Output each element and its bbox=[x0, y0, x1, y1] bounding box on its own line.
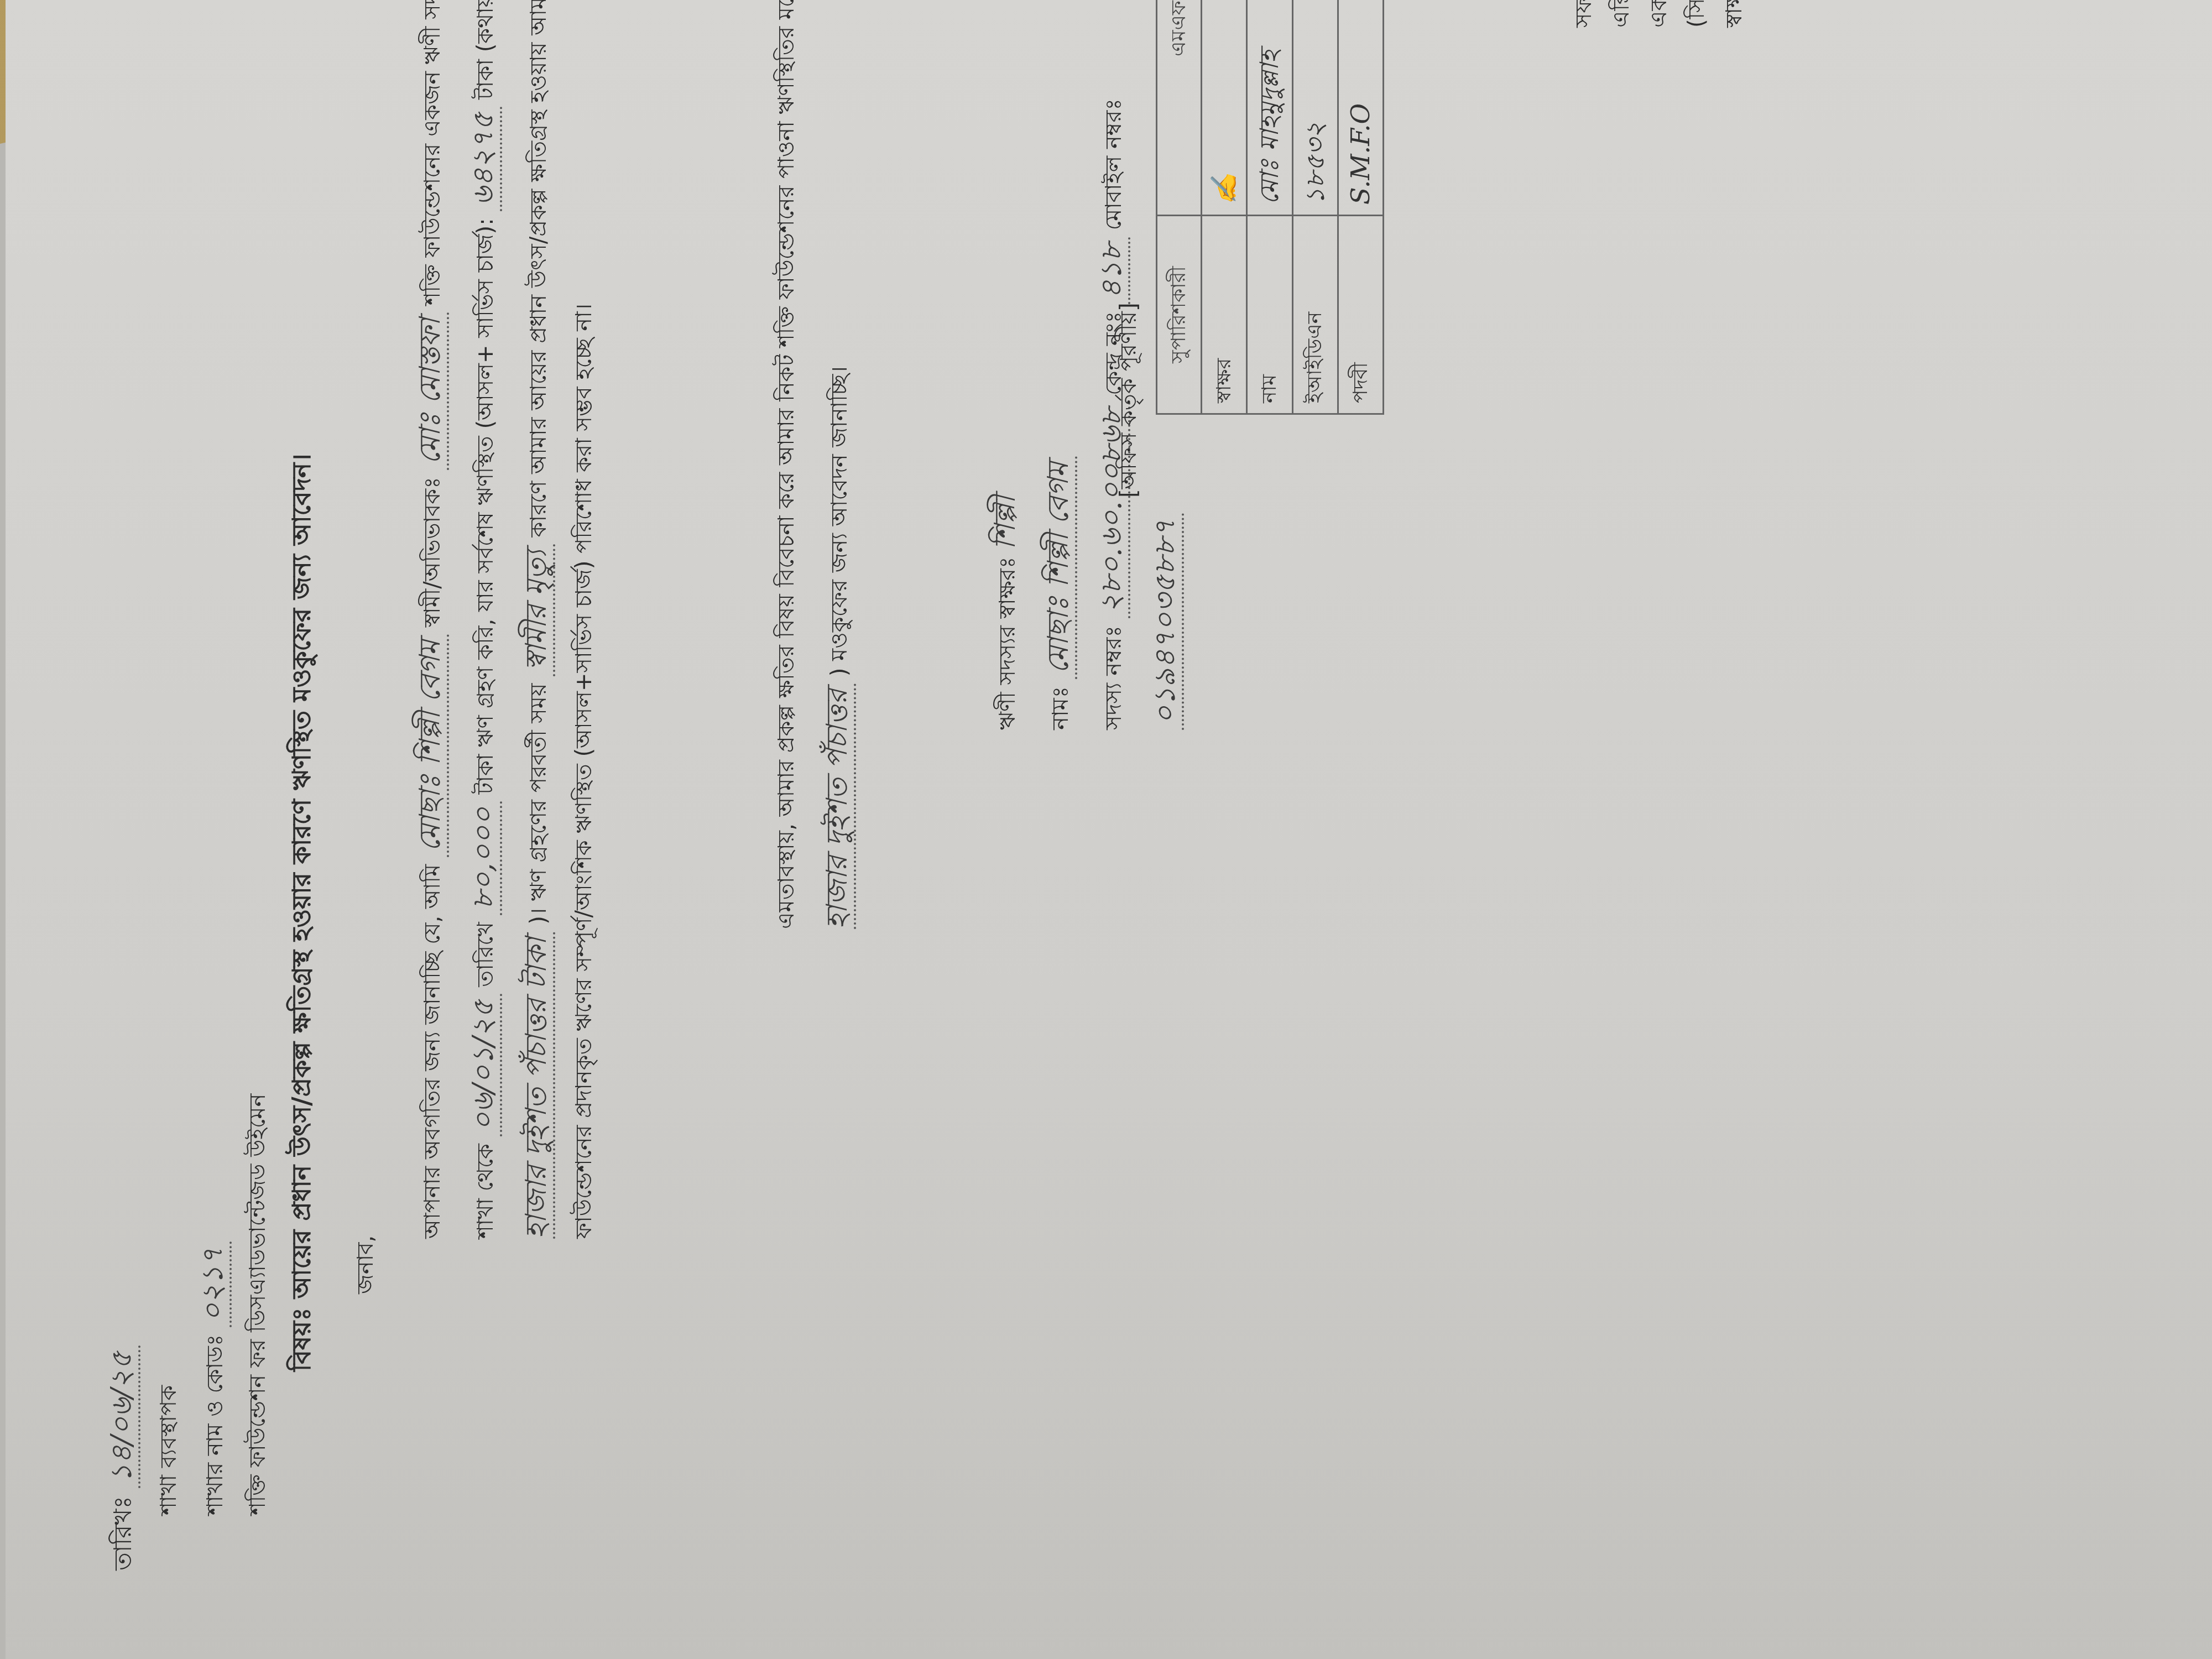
row-label: নাম bbox=[1247, 216, 1292, 414]
text: ) মওকুফের জন্য আবেদন জানাচ্ছি। bbox=[827, 366, 852, 676]
accountant-block: সফটওয়্যার এক্সিকিউটিভ একাউন্টেন্ট (সিলস… bbox=[1565, 0, 1753, 28]
reason-fill: স্বামীর মৃত্যু bbox=[520, 544, 555, 676]
loan-date-fill: ০৬/০১/২৫ bbox=[467, 994, 502, 1136]
guardian-name-fill: মোঃ মোস্তফা bbox=[414, 312, 449, 470]
table-row: পদবী S.M.F.O BM AM bbox=[1338, 0, 1383, 414]
date-label: তারিখঃ bbox=[109, 1496, 137, 1571]
text: স্বামী/অভিভাবকঃ bbox=[420, 477, 445, 627]
mobile-value: ০১৯৪৭০৩৫৮৮৭ bbox=[1149, 513, 1184, 730]
row-label: ইআইডিএন bbox=[1292, 216, 1338, 414]
member-name-value: মোছাঃ শিল্পী বেগম bbox=[1042, 456, 1077, 679]
table-row: স্বাক্ষর ✍ ✍ ✍ bbox=[1202, 0, 1247, 414]
col-mfo: এমএফও bbox=[1157, 0, 1202, 216]
row-label: পদবী bbox=[1338, 216, 1383, 414]
member-name-fill: মোছাঃ শিল্পী বেগম bbox=[414, 634, 449, 857]
text: টাকা (কথায় bbox=[473, 0, 498, 100]
subject-line: বিষয়ঃ আয়ের প্রধান উৎস/প্রকল্প ক্ষতিগ্র… bbox=[282, 453, 321, 1371]
center-value: ৪১৮ bbox=[1095, 237, 1130, 304]
row-label: স্বাক্ষর bbox=[1202, 216, 1247, 414]
mfo-signature: ✍ bbox=[1202, 0, 1247, 216]
branch-line: শাখার নাম ও কোডঃ ০২১৭ bbox=[188, 1094, 238, 1515]
accountant-title: সফটওয়্যার এক্সিকিউটিভ একাউন্টেন্ট bbox=[1565, 0, 1678, 28]
table-row: নাম মোঃ মাহমুদুল্লাহ ইসরাত জাহান মোস্তাফ… bbox=[1247, 0, 1292, 414]
cell: ১৮৫৩২ bbox=[1292, 0, 1338, 216]
accountant-subtitle: (সিলসহ ও স্বাক্ষর) bbox=[1678, 0, 1753, 28]
office-use-label: [অফিস কর্তৃক পূরণীয়] bbox=[1112, 302, 1146, 498]
office-approval-table: সুপারিশকারী এমএফও বিএম এএম স্বাক্ষর ✍ ✍ … bbox=[1156, 0, 1384, 415]
paper-page: তারিখঃ ১৪/০৬/২৫ শাখা ব্যবস্থাপক শাখার না… bbox=[6, 0, 2212, 1659]
text: এমতাবস্থায়, আমার প্রকল্প ক্ষতির বিষয় ব… bbox=[774, 0, 799, 929]
table-row: ইআইডিএন ১৮৫৩২ ১৩৭৫ ১৪৮৪০ bbox=[1292, 0, 1338, 414]
mobile-label: মোবাইল নম্বরঃ bbox=[1101, 98, 1126, 230]
table-header-row: সুপারিশকারী এমএফও বিএম এএম bbox=[1157, 0, 1202, 414]
rotated-document: তারিখঃ ১৪/০৬/২৫ শাখা ব্যবস্থাপক শাখার না… bbox=[6, 0, 2212, 1659]
application-paragraph-2: এমতাবস্থায়, আমার প্রকল্প ক্ষতির বিষয় ব… bbox=[758, 0, 864, 929]
member-signature: শিল্পী bbox=[989, 495, 1022, 550]
address-block: শাখা ব্যবস্থাপক শাখার নাম ও কোডঃ ০২১৭ শক… bbox=[149, 1094, 277, 1515]
organization-name: শক্তি ফাউন্ডেশন ফর ডিসএ্যাডভান্টেজড উইমে… bbox=[238, 1094, 277, 1515]
cell: মোঃ মাহমুদুল্লাহ bbox=[1247, 0, 1292, 216]
text: আপনার অবগতির জন্য জানাচ্ছি যে, আমি bbox=[420, 864, 445, 1239]
text: টাকা ঋণ গ্রহণ করি, যার সর্বশেষ ঋণস্থিত (… bbox=[473, 218, 498, 794]
cell: S.M.F.O bbox=[1338, 0, 1383, 216]
member-sign-label: ঋণী সদস্যর স্বাক্ষরঃ bbox=[995, 557, 1020, 730]
date-value: ১৪/০৬/২৫ bbox=[105, 1345, 140, 1488]
loan-amount-fill: ৮০,০০০ bbox=[467, 801, 502, 915]
recipient: শাখা ব্যবস্থাপক bbox=[149, 1094, 188, 1515]
branch-code: ০২১৭ bbox=[196, 1241, 232, 1327]
member-id-label: সদস্য নম্বরঃ bbox=[1101, 625, 1126, 730]
salutation: জনাব, bbox=[348, 1235, 383, 1294]
col-recommender: সুপারিশকারী bbox=[1157, 216, 1202, 414]
application-paragraph-1: আপনার অবগতির জন্য জানাচ্ছি যে, আমি মোছাঃ… bbox=[404, 0, 604, 1239]
text: )। ঋণ গ্রহণের পরবর্তী সময় bbox=[526, 683, 551, 924]
outstanding-fill: ৬৪২৭৫ bbox=[467, 107, 502, 211]
text: তারিখে bbox=[473, 922, 498, 987]
member-name-label: নামঃ bbox=[1048, 686, 1073, 730]
date-line: তারিখঃ ১৪/০৬/২৫ bbox=[100, 1345, 144, 1571]
branch-label: শাখার নাম ও কোডঃ bbox=[202, 1334, 228, 1515]
